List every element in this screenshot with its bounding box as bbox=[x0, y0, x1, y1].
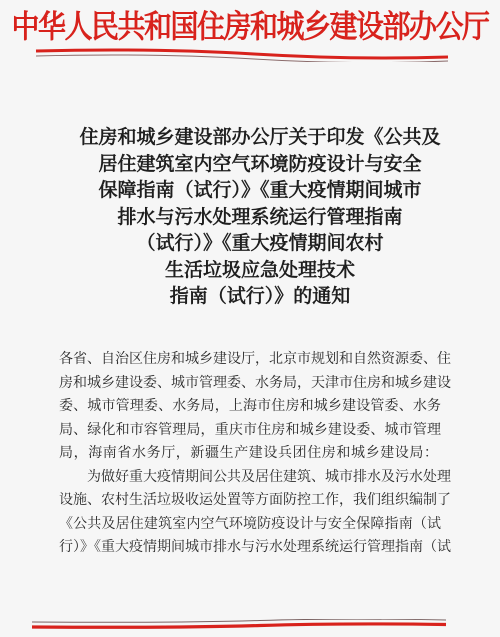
document-body: 各省、自治区住房和城乡建设厅，北京市规划和自然资源委、住 房和城乡建设委、城市管… bbox=[59, 348, 441, 560]
addressee-line: 委、城市管理委、水务局，上海市住房和城乡建设管委、水务 bbox=[59, 395, 441, 419]
footer-red-rule bbox=[30, 619, 448, 633]
paragraph-line: 《公共及居住建筑室内空气环境防疫设计与安全保障指南（试 bbox=[59, 513, 441, 537]
title-line: （试行）》《重大疫情期间农村 bbox=[60, 230, 460, 257]
document-title: 住房和城乡建设部办公厅关于印发《公共及 居住建筑室内空气环境防疫设计与安全 保障… bbox=[60, 124, 460, 310]
title-line: 居住建筑室内空气环境防疫设计与安全 bbox=[60, 151, 460, 178]
addressee-line: 局，海南省水务厅，新疆生产建设兵团住房和城乡建设局： bbox=[59, 442, 441, 466]
addressee-line: 局、绿化和市容管理局，重庆市住房和城乡建设委、城市管理 bbox=[59, 419, 441, 443]
title-line: 排水与污水处理系统运行管理指南 bbox=[60, 204, 460, 231]
title-line: 生活垃圾应急处理技术 bbox=[60, 257, 460, 284]
issuing-authority-header: 中华人民共和国住房和城乡建设部办公厅 bbox=[0, 7, 500, 47]
paragraph-line: 为做好重大疫情期间公共及居住建筑、城市排水及污水处理 bbox=[59, 466, 441, 490]
title-line: 指南（试行）》的通知 bbox=[60, 283, 460, 310]
title-line: 保障指南（试行）》《重大疫情期间城市 bbox=[60, 177, 460, 204]
addressee-line: 房和城乡建设委、城市管理委、水务局，天津市住房和城乡建设 bbox=[59, 372, 441, 396]
header-red-rule bbox=[34, 46, 450, 62]
title-line: 住房和城乡建设部办公厅关于印发《公共及 bbox=[60, 124, 460, 151]
paragraph-line: 行）》《重大疫情期间城市排水与污水处理系统运行管理指南（试 bbox=[59, 536, 441, 560]
addressee-line: 各省、自治区住房和城乡建设厅，北京市规划和自然资源委、住 bbox=[59, 348, 441, 372]
paragraph-line: 设施、农村生活垃圾收运处置等方面防控工作，我们组织编制了 bbox=[59, 489, 441, 513]
